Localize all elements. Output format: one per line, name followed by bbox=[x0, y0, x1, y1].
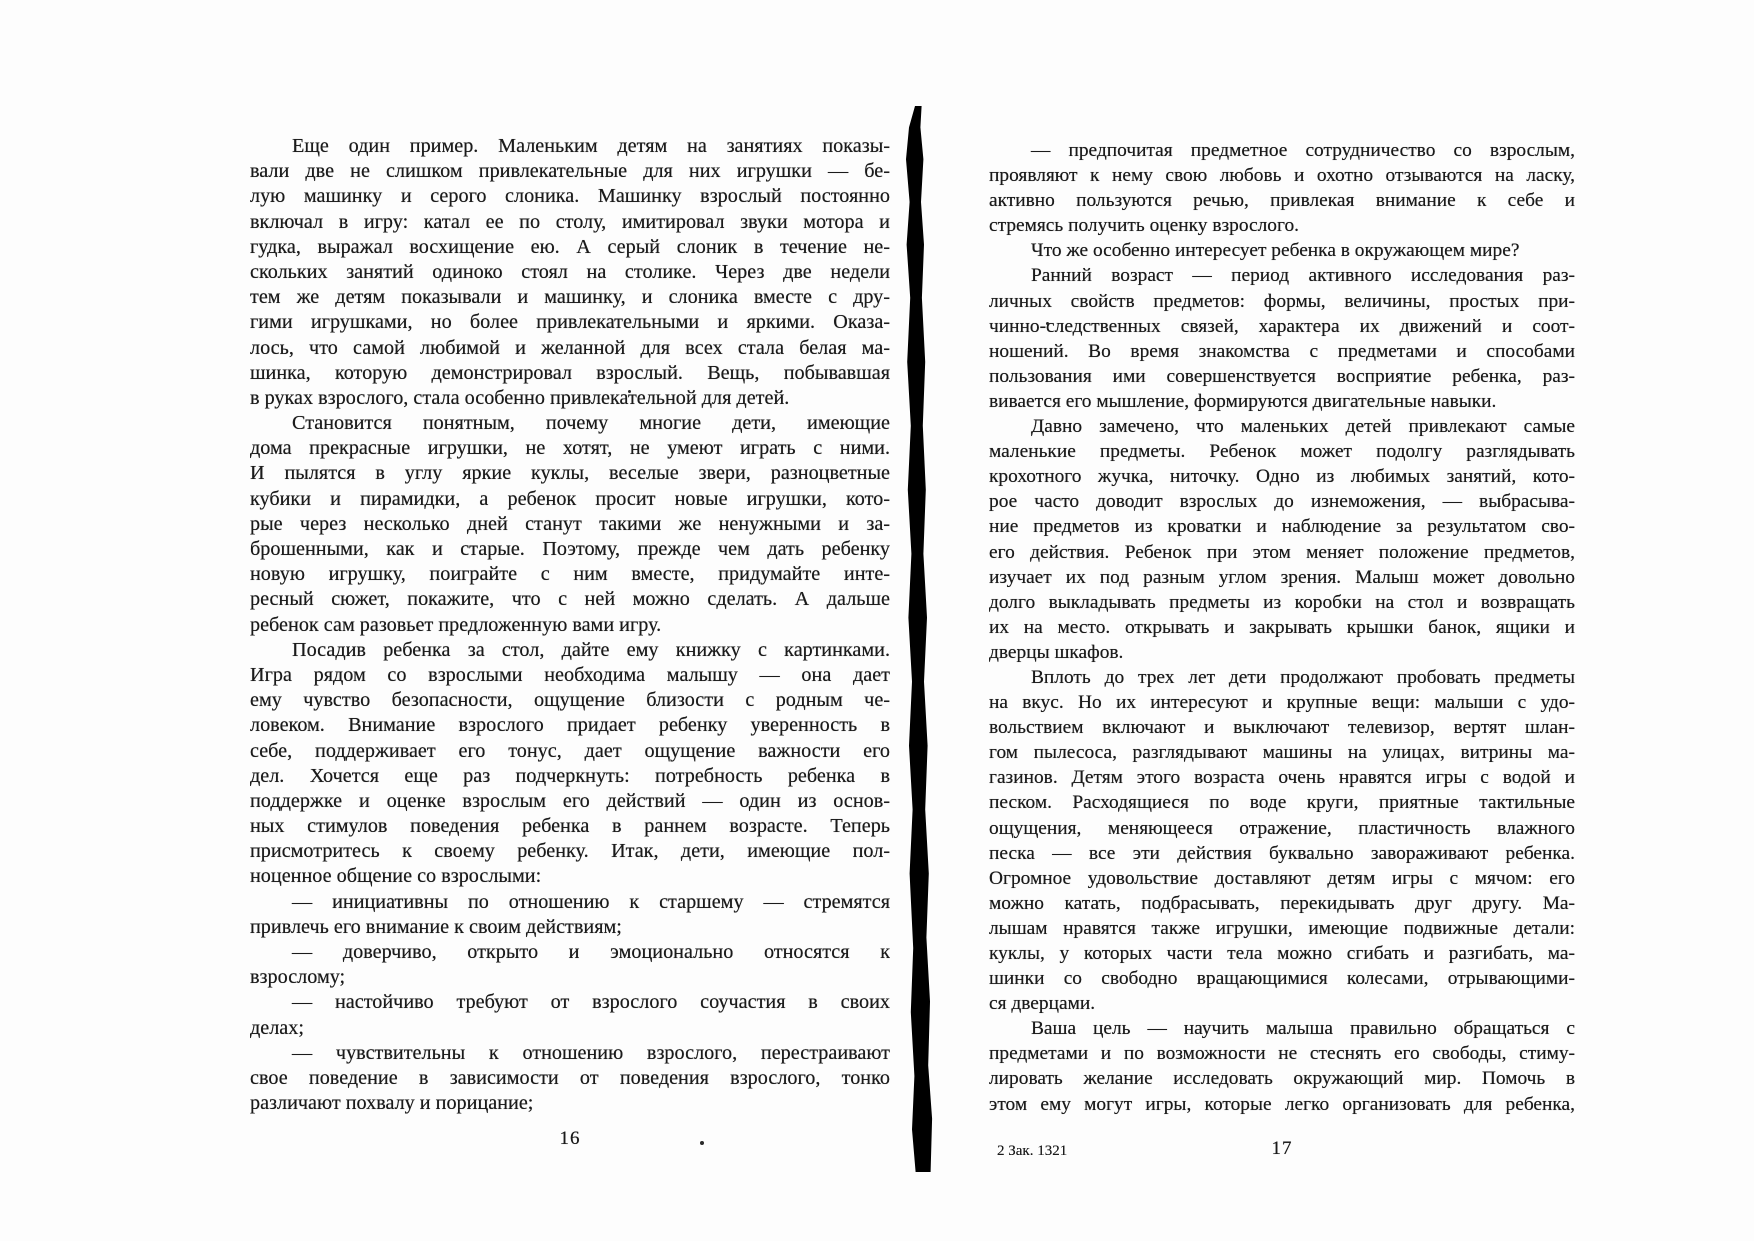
text-line: различают похвалу и порицание; bbox=[250, 1091, 890, 1116]
text-line: лую машинку и серого слоника. Машинку вз… bbox=[250, 184, 890, 209]
text-line: Становится понятным, почему многие дети,… bbox=[250, 411, 890, 436]
text-line: ноценное общение со взрослыми: bbox=[250, 864, 890, 889]
text-line: вивается его мышление, формируются двига… bbox=[989, 389, 1575, 414]
text-line: Ранний возраст — период активного исслед… bbox=[989, 263, 1575, 288]
text-line: проявляют к нему свою любовь и охотно от… bbox=[989, 163, 1575, 188]
text-line: стремясь получить оценку взрослого. bbox=[989, 213, 1575, 238]
text-line: кубики и пирамидки, а ребенок просит нов… bbox=[250, 487, 890, 512]
text-line: делах; bbox=[250, 1016, 890, 1041]
text-line: активно пользуются речью, привлекая вним… bbox=[989, 188, 1575, 213]
left-page-text: Еще один пример. Маленьким детям на заня… bbox=[250, 134, 890, 1116]
text-line: — инициативны по отношению к старшему — … bbox=[250, 890, 890, 915]
text-line: крохотного жучка, ниточку. Одно из любим… bbox=[989, 464, 1575, 489]
text-line: брошенными, как и старые. Поэтому, прежд… bbox=[250, 537, 890, 562]
text-line: ощущения, меняющееся отражение, пластичн… bbox=[989, 816, 1575, 841]
text-line: Давно замечено, что маленьких детей прив… bbox=[989, 414, 1575, 439]
text-line: маленькие предметы. Ребенок может подолг… bbox=[989, 439, 1575, 464]
text-line: Вплоть до трех лет дети продолжают пробо… bbox=[989, 665, 1575, 690]
text-line: взрослому; bbox=[250, 965, 890, 990]
text-line: ловеком. Внимание взрослого придает ребе… bbox=[250, 713, 890, 738]
text-line: песка — все эти действия буквально завор… bbox=[989, 841, 1575, 866]
text-line: лось, что самой любимой и желанной для в… bbox=[250, 336, 890, 361]
text-line: включал в игру: катал ее по столу, имити… bbox=[250, 210, 890, 235]
text-line: — доверчиво, открыто и эмоционально отно… bbox=[250, 940, 890, 965]
text-line: свое поведение в зависимости от поведени… bbox=[250, 1066, 890, 1091]
text-line: песком. Расходящиеся по воде круги, прия… bbox=[989, 790, 1575, 815]
text-line: предметами и по возможности не стеснять … bbox=[989, 1041, 1575, 1066]
text-line: шинка, которую демонстрировал взрослый. … bbox=[250, 361, 890, 386]
text-line: вали две не слишком привлекательные для … bbox=[250, 159, 890, 184]
text-line: рое часто доводит взрослых до изнеможени… bbox=[989, 489, 1575, 514]
text-line: присмотритесь к своему ребенку. Итак, де… bbox=[250, 839, 890, 864]
text-line: Игра рядом со взрослыми необходима малыш… bbox=[250, 663, 890, 688]
right-page-text: — предпочитая предметное сотрудничество … bbox=[989, 138, 1575, 1117]
text-line: новую игрушку, поиграйте с ним вместе, п… bbox=[250, 562, 890, 587]
left-page-number: 16 bbox=[250, 1128, 890, 1150]
text-line: чинно-следственных связей, характера их … bbox=[989, 314, 1575, 339]
text-line: долго выкладывать предметы из коробки на… bbox=[989, 590, 1575, 615]
text-line: ресный сюжет, покажите, что с ней можно … bbox=[250, 587, 890, 612]
text-line: шинки со свободно вращающимися колесами,… bbox=[989, 966, 1575, 991]
text-line: — чувствительны к отношению взрослого, п… bbox=[250, 1041, 890, 1066]
text-line: ся дверцами. bbox=[989, 991, 1575, 1016]
text-line: куклы, у которых части тела можно сгибат… bbox=[989, 941, 1575, 966]
text-line: ношений. Во время знакомства с предметам… bbox=[989, 339, 1575, 364]
text-line: ние предметов из кроватки и наблюдение з… bbox=[989, 514, 1575, 539]
text-line: гудка, выражал восхищение ею. А серый сл… bbox=[250, 235, 890, 260]
text-line: лировать желание исследовать окружающий … bbox=[989, 1066, 1575, 1091]
text-line: можно катать, подбрасывать, перекидывать… bbox=[989, 891, 1575, 916]
text-line: его действия. Ребенок при этом меняет по… bbox=[989, 540, 1575, 565]
text-line: на вкус. Но их интересуют и крупные вещи… bbox=[989, 690, 1575, 715]
text-line: личных свойств предметов: формы, величин… bbox=[989, 289, 1575, 314]
text-line: газинов. Детям этого возраста очень нрав… bbox=[989, 765, 1575, 790]
right-page-number: 17 bbox=[989, 1138, 1575, 1160]
text-line: ребенок сам разовьет предложенную вами и… bbox=[250, 613, 890, 638]
text-line: этом ему могут игры, которые легко орган… bbox=[989, 1092, 1575, 1117]
text-line: ему чувство безопасности, ощущение близо… bbox=[250, 688, 890, 713]
text-line: привлечь его внимание к своим действиям; bbox=[250, 915, 890, 940]
text-line: рые через несколько дней станут такими ж… bbox=[250, 512, 890, 537]
text-line: И пылятся в углу яркие куклы, веселые зв… bbox=[250, 461, 890, 486]
text-line: изучает их под разным углом зрения. Малы… bbox=[989, 565, 1575, 590]
text-line: себе, поддерживает его тонус, дает ощуще… bbox=[250, 739, 890, 764]
text-line: — настойчиво требуют от взрослого соучас… bbox=[250, 990, 890, 1015]
text-line: их на место. открывать и закрывать крышк… bbox=[989, 615, 1575, 640]
text-line: ных стимулов поведения ребенка в раннем … bbox=[250, 814, 890, 839]
text-line: скольких занятий одиноко стоял на столик… bbox=[250, 260, 890, 285]
text-line: вольствием включают и выключают телевизо… bbox=[989, 715, 1575, 740]
text-line: тем же детям показывали и машинку, и сло… bbox=[250, 285, 890, 310]
text-line: Посадив ребенка за стол, дайте ему книжк… bbox=[250, 638, 890, 663]
text-line: гом пылесоса, разглядывают машины на ули… bbox=[989, 740, 1575, 765]
text-line: дел. Хочется еще раз подчеркнуть: потреб… bbox=[250, 764, 890, 789]
text-line: Ваша цель — научить малыша правильно обр… bbox=[989, 1016, 1575, 1041]
text-line: дверцы шкафов. bbox=[989, 640, 1575, 665]
text-line: лышам нравятся также игрушки, имеющие по… bbox=[989, 916, 1575, 941]
ink-speck bbox=[628, 390, 631, 393]
text-line: дома прекрасные игрушки, не хотят, не ум… bbox=[250, 436, 890, 461]
text-line: Огромное удовольствие доставляют детям и… bbox=[989, 866, 1575, 891]
ink-speck bbox=[700, 1141, 704, 1145]
text-line: Еще один пример. Маленьким детям на заня… bbox=[250, 134, 890, 159]
text-line: пользования ими совершенствуется восприя… bbox=[989, 364, 1575, 389]
ink-speck bbox=[1046, 322, 1049, 325]
text-line: Что же особенно интересует ребенка в окр… bbox=[989, 238, 1575, 263]
text-line: гими игрушками, но более привлекательным… bbox=[250, 310, 890, 335]
text-line: в руках взрослого, стала особенно привле… bbox=[250, 386, 890, 411]
text-line: поддержке и оценке взрослым его действий… bbox=[250, 789, 890, 814]
binding-shadow bbox=[903, 106, 933, 1172]
text-line: — предпочитая предметное сотрудничество … bbox=[989, 138, 1575, 163]
